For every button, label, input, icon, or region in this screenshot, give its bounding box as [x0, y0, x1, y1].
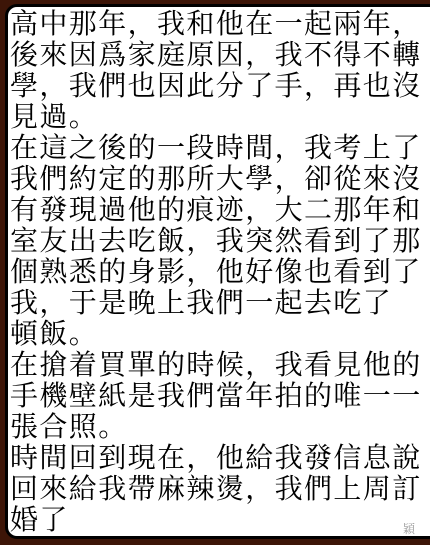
- story-line: 個熟悉的身影，他好像也看到了: [10, 256, 427, 287]
- story-line: 學，我們也因此分了手，再也沒: [10, 70, 427, 101]
- story-line: 有發現過他的痕迹，大二那年和: [10, 194, 427, 225]
- story-line: 回來給我帶麻辣燙，我們上周訂: [10, 473, 427, 504]
- story-line: 高中那年，我和他在一起兩年，: [10, 8, 427, 39]
- author-watermark: 穎: [403, 523, 415, 535]
- story-line: 我們約定的那所大學，卻從來沒: [10, 163, 427, 194]
- story-line: 手機壁紙是我們當年拍的唯一一: [10, 380, 427, 411]
- story-line: 後來因爲家庭原因，我不得不轉: [10, 39, 427, 70]
- story-line: 頓飯。: [10, 318, 427, 349]
- story-line: 張合照。: [10, 411, 427, 442]
- story-line: 室友出去吃飯，我突然看到了那: [10, 225, 427, 256]
- story-line: 見過。: [10, 101, 427, 132]
- story-line: 在這之後的一段時間，我考上了: [10, 132, 427, 163]
- story-line: 我，于是晚上我們一起去吃了: [10, 287, 427, 318]
- story-text: 高中那年，我和他在一起兩年， 後來因爲家庭原因，我不得不轉 學，我們也因此分了手…: [10, 8, 427, 535]
- text-post-card: 高中那年，我和他在一起兩年， 後來因爲家庭原因，我不得不轉 學，我們也因此分了手…: [5, 4, 430, 539]
- story-line: 時間回到現在，他給我發信息說: [10, 442, 427, 473]
- story-line: 婚了: [10, 504, 427, 535]
- story-line: 在搶着買單的時候，我看見他的: [10, 349, 427, 380]
